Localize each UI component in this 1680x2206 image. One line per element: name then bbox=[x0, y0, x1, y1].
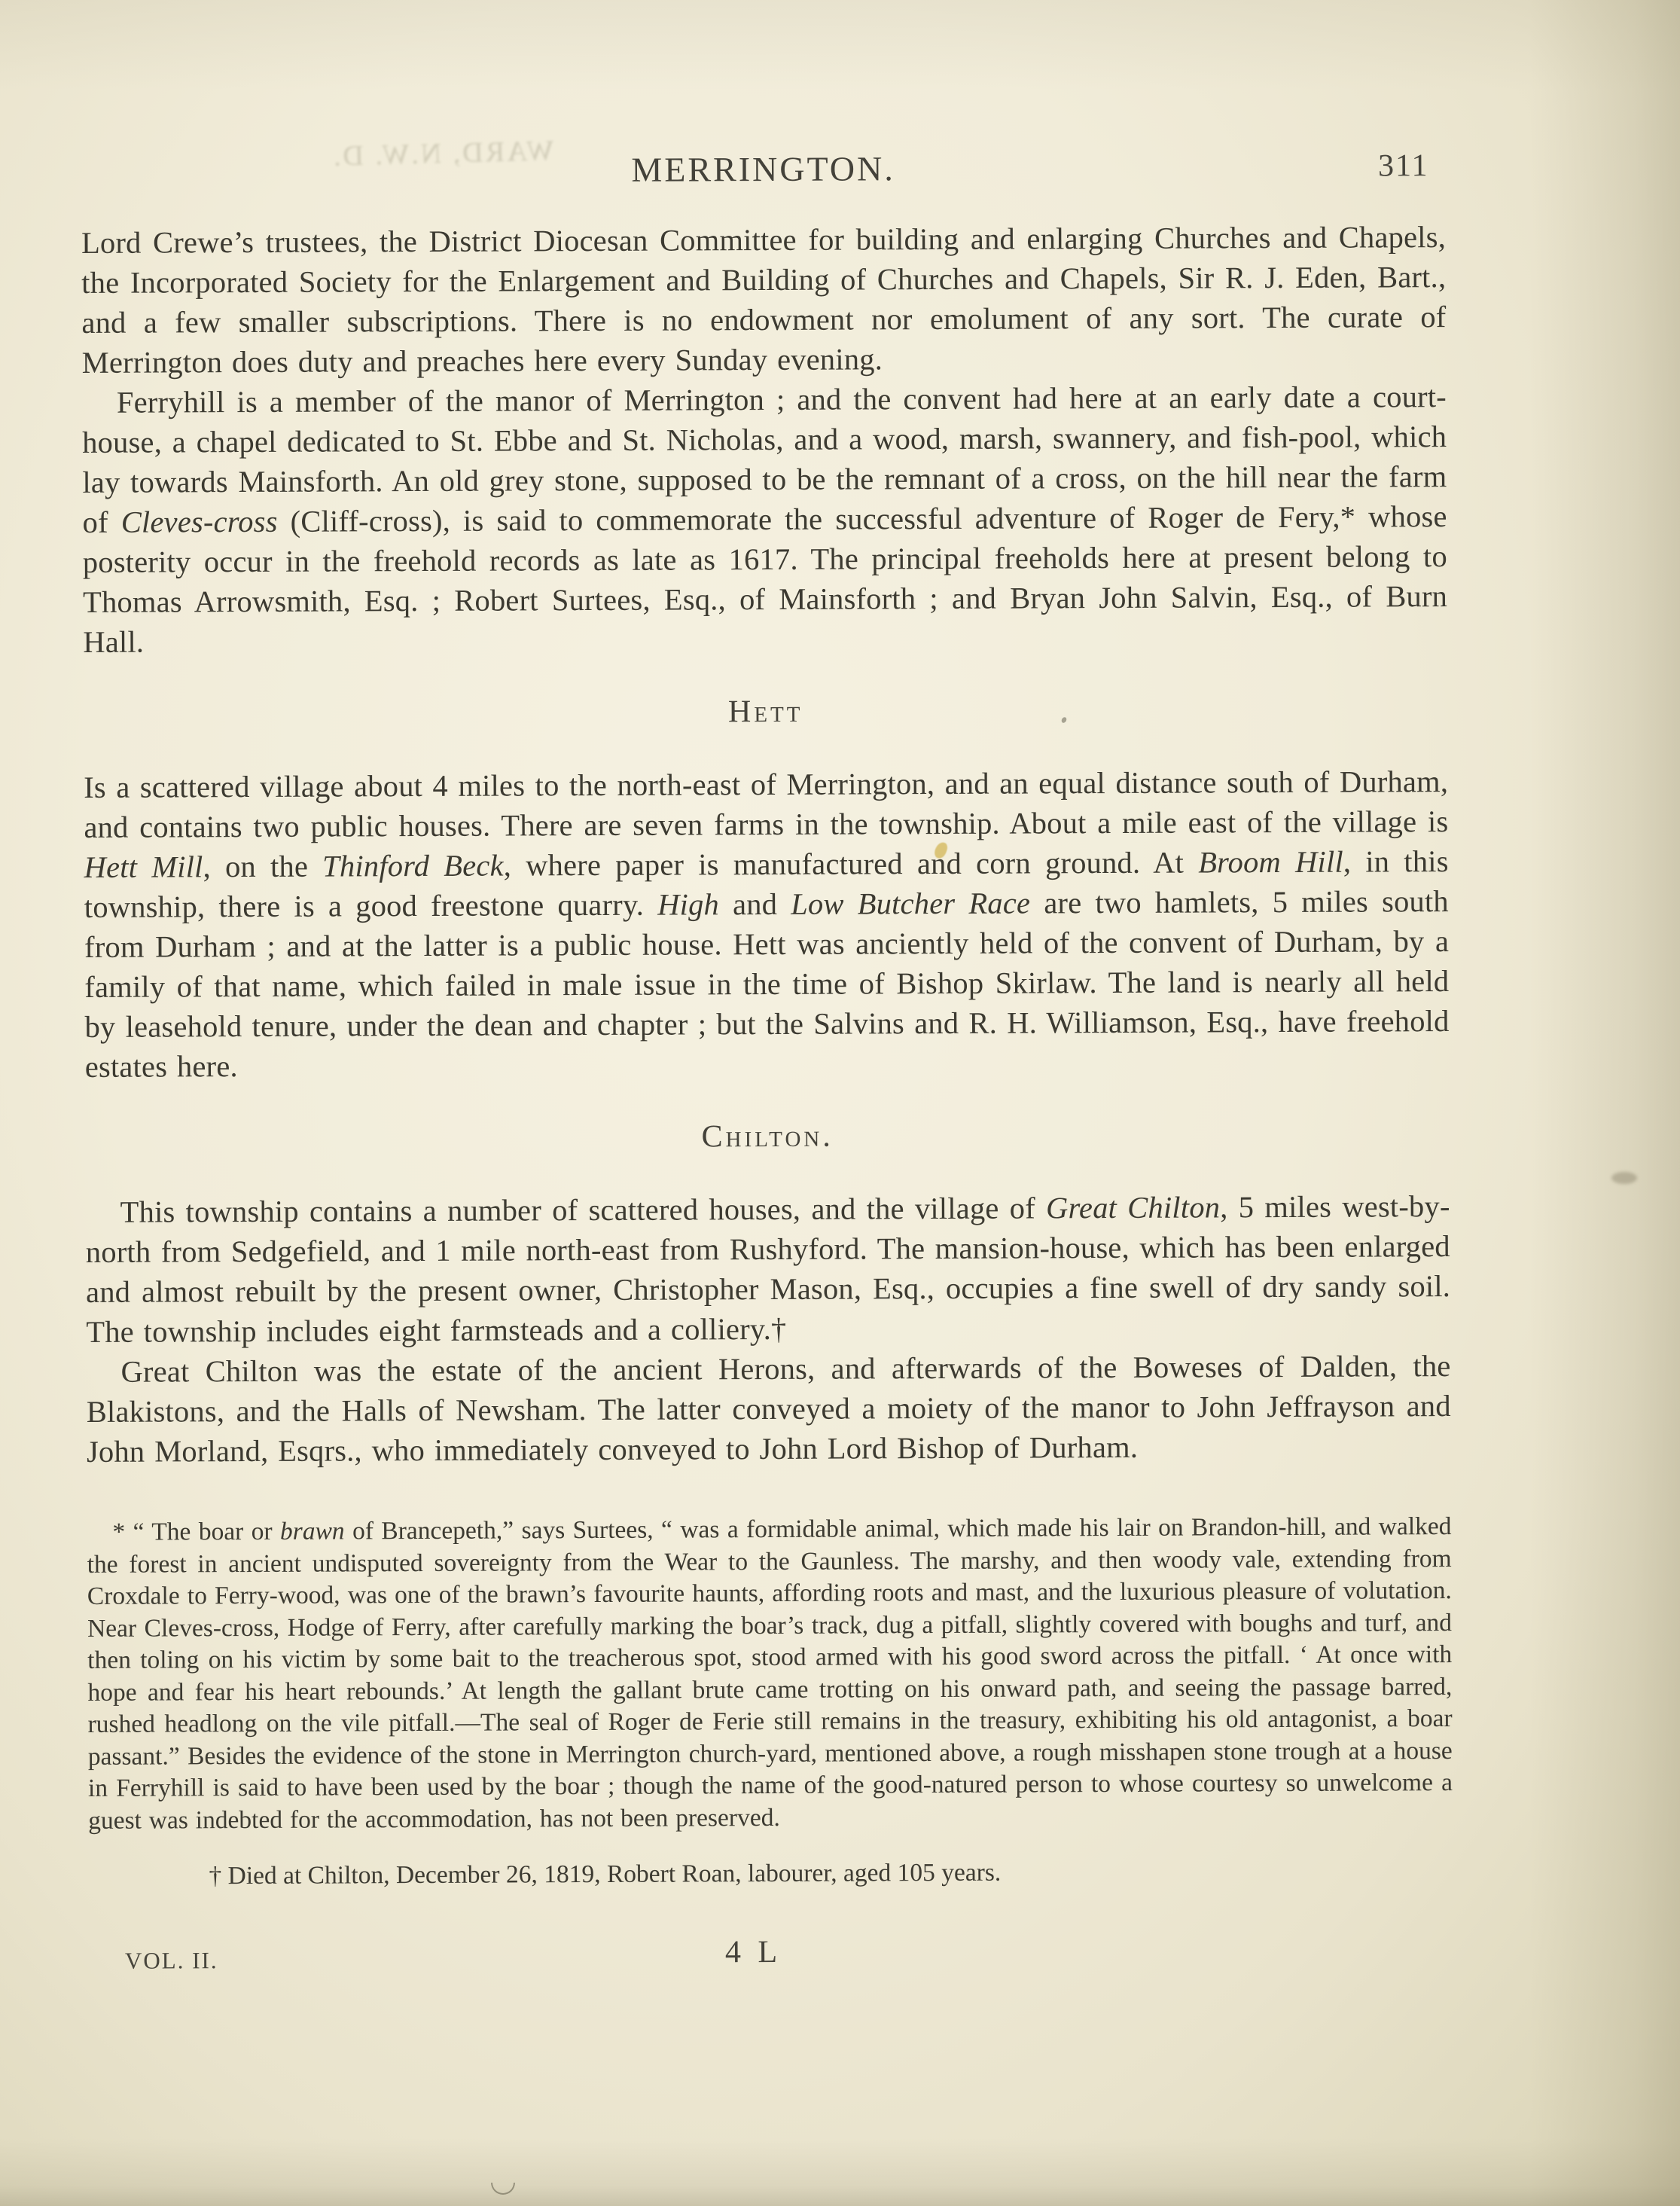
paragraph-chilton-township: This township contains a number of scatt… bbox=[86, 1186, 1451, 1352]
signature-mark: 4 L bbox=[725, 1934, 782, 1970]
footnote-block: * “ The boar or brawn of Brancepeth,” sa… bbox=[87, 1511, 1453, 1837]
paragraph-lord-crewe-trustees: Lord Crewe’s trustees, the District Dioc… bbox=[81, 217, 1447, 383]
paragraph-hett: Is a scattered village about 4 miles to … bbox=[84, 761, 1450, 1087]
footnote-died-at-chilton: † Died at Chilton, December 26, 1819, Ro… bbox=[209, 1855, 1453, 1892]
paragraph-great-chilton-estate: Great Chilton was the estate of the anci… bbox=[86, 1346, 1451, 1472]
running-head: MERRINGTON. 311 bbox=[81, 146, 1445, 197]
running-title: MERRINGTON. bbox=[631, 148, 895, 190]
page-sheet: MERRINGTON. 311 Lord Crewe’s trustees, t… bbox=[81, 0, 1455, 2206]
book-page-scan: WARD, N.W. D. MERRINGTON. 311 Lord Crewe… bbox=[0, 0, 1680, 2206]
section-heading-chilton: Chilton. bbox=[85, 1115, 1450, 1158]
footnote-boar-of-brancepeth: * “ The boar or brawn of Brancepeth,” sa… bbox=[87, 1511, 1453, 1837]
section-heading-hett: Hett bbox=[84, 691, 1448, 733]
volume-label: VOL. II. bbox=[125, 1947, 218, 1975]
page-footer: VOL. II. 4 L bbox=[89, 1931, 1453, 1982]
main-text-block: Lord Crewe’s trustees, the District Dioc… bbox=[81, 217, 1453, 1893]
paper-smudge bbox=[1611, 1172, 1637, 1184]
paragraph-ferryhill: Ferryhill is a member of the manor of Me… bbox=[82, 377, 1448, 662]
paper-shading-right bbox=[1529, 0, 1680, 2206]
page-number: 311 bbox=[1378, 148, 1429, 184]
